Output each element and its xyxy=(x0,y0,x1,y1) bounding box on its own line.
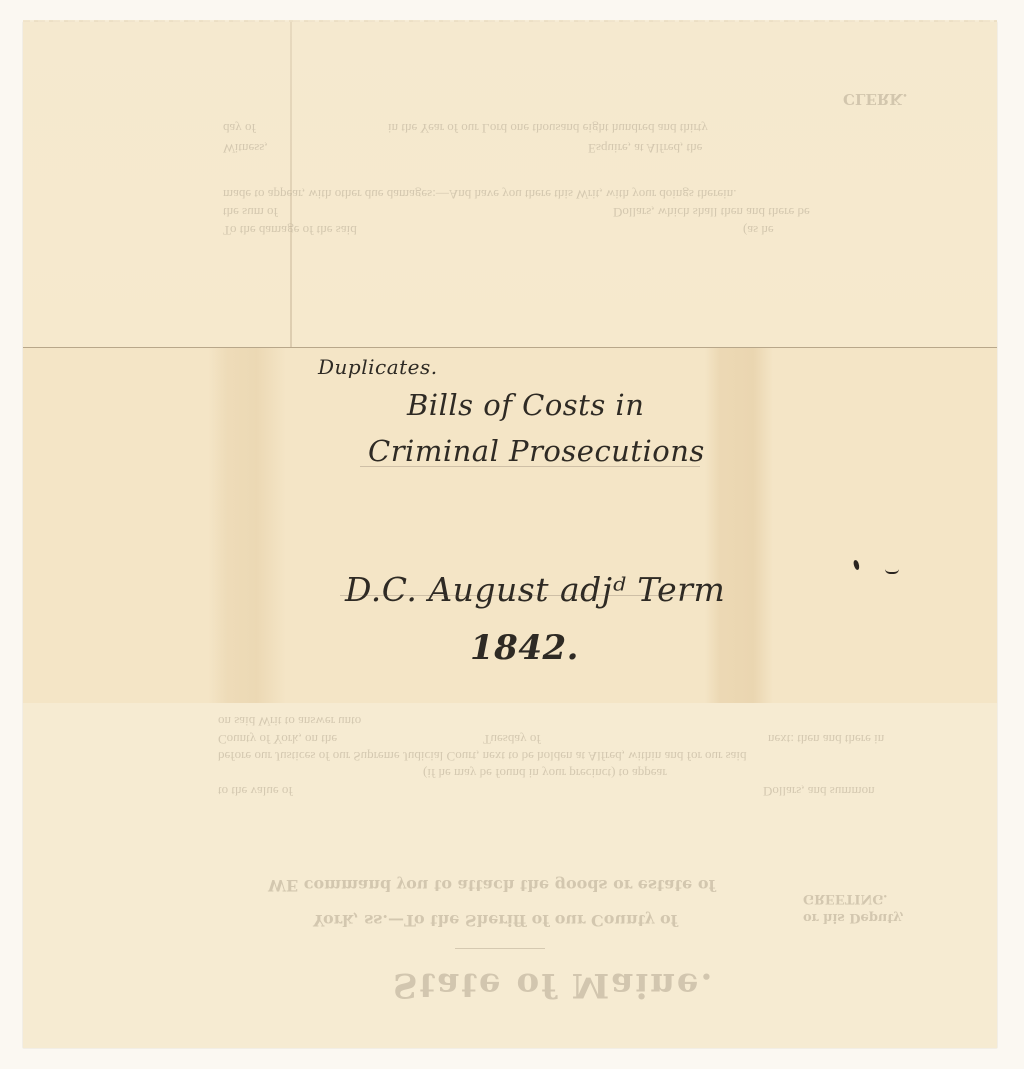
bleed-text: on said Writ to answer unto xyxy=(218,713,361,729)
bleed-text: Dollars, which shall then and there be xyxy=(613,204,810,220)
bleed-text: Esquire, at Alfred, the xyxy=(588,140,702,156)
bleed-text: (if he may be found in your precinct) to… xyxy=(423,765,667,781)
bleed-text: in the Year of our Lord one thousand eig… xyxy=(388,120,708,136)
bleed-title: State of Maine. xyxy=(393,965,714,1005)
pencil-ruled-line xyxy=(340,595,700,596)
bleed-text: GREETING. xyxy=(803,891,888,906)
handwritten-duplicates: Duplicates. xyxy=(318,355,438,379)
document-sheet: CLERK. in the Year of our Lord one thous… xyxy=(23,22,997,1048)
bleed-text: Witness, xyxy=(223,140,268,156)
bleed-text: the sum of xyxy=(223,204,278,220)
bleed-text: to the value of xyxy=(218,783,293,799)
pencil-ruled-line xyxy=(360,466,700,467)
bleed-text: To the damage of the said xyxy=(223,222,357,238)
bleed-text: before our Justices of our Supreme Judic… xyxy=(218,748,747,764)
bleed-text: made to appear, with other due damages:—… xyxy=(223,186,737,202)
bleed-text: CLERK. xyxy=(843,90,908,108)
handwritten-term: D.C. August adjᵈ Term xyxy=(345,570,725,609)
vertical-fold-crease xyxy=(290,22,292,347)
bleed-text: WE command you to attach the goods or es… xyxy=(268,876,715,895)
handwritten-year: 1842. xyxy=(470,628,579,668)
top-fold-panel: CLERK. in the Year of our Lord one thous… xyxy=(23,22,997,347)
bleed-text: day of xyxy=(223,120,256,136)
handwritten-bills-of-costs: Bills of Costs in xyxy=(407,388,644,422)
bleed-text: or his Deputy, xyxy=(803,910,904,925)
bleed-rule xyxy=(455,948,545,949)
bleed-text: next: then and there in xyxy=(768,731,884,747)
bleed-text: (as he xyxy=(743,222,774,238)
bottom-fold-panel: on said Writ to answer unto County of Yo… xyxy=(23,703,997,1048)
bleed-text: Tuesday of xyxy=(483,731,541,747)
bleed-text: County of York, on the xyxy=(218,731,337,747)
bleed-text: Dollars, and summon xyxy=(763,783,875,799)
handwritten-criminal-prosecutions: Criminal Prosecutions xyxy=(368,434,705,468)
bleed-text: York, ss.—To the Sheriff of our County o… xyxy=(313,911,678,930)
